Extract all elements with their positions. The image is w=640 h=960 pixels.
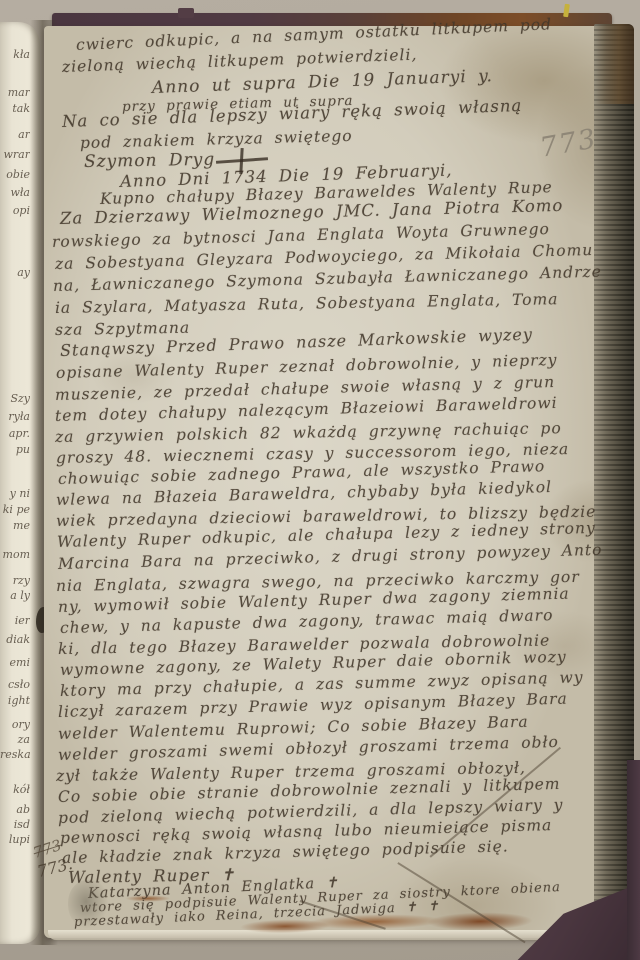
opposite-page-text-fragment: diak xyxy=(0,633,30,646)
opposite-page-text-fragment: apr. xyxy=(0,427,30,440)
manuscript-photo: cwierc odkupic, a na samym ostatku litku… xyxy=(0,0,640,960)
opposite-page-text-fragment: opi xyxy=(0,204,30,217)
signature-cross-icon xyxy=(216,148,268,174)
opposite-page-text-fragment: kół xyxy=(0,783,30,796)
opposite-page-text-fragment: obie xyxy=(0,168,30,181)
opposite-page-text-fragment: ier xyxy=(0,614,30,627)
opposite-page-text-fragment: isd xyxy=(0,818,30,831)
opposite-page-text-fragment: emi xyxy=(0,656,30,669)
opposite-page-text-fragment: za xyxy=(0,733,30,746)
opposite-page-text-fragment: ory xyxy=(0,718,30,731)
opposite-page-text-fragment: mom xyxy=(0,548,30,561)
opposite-page-text-fragment: pu xyxy=(0,443,30,456)
opposite-page-text-fragment: lupi xyxy=(0,833,30,846)
opposite-page-text-fragment: ryła xyxy=(0,410,30,423)
opposite-page-text-fragment: wła xyxy=(0,186,30,199)
opposite-page-text-fragment: mar xyxy=(0,86,30,99)
opposite-page-text-fragment: ab xyxy=(0,803,30,816)
opposite-page-text-fragment: me xyxy=(0,519,30,532)
opposite-page-text-fragment: tak xyxy=(0,102,30,115)
opposite-page-text-fragment: ar xyxy=(0,128,30,141)
opposite-page-text-fragment: ay xyxy=(0,266,30,279)
opposite-page-text-fragment: a ly xyxy=(0,589,30,602)
opposite-page-text-fragment: ight xyxy=(0,694,30,707)
opposite-page-text-fragment: rzy xyxy=(0,574,30,587)
opposite-page-text-fragment: y ni xyxy=(0,487,30,500)
opposite-page-text-fragment: kła xyxy=(0,48,30,61)
opposite-page-text-fragment: csło xyxy=(0,678,30,691)
opposite-page-text-fragment: Szy xyxy=(0,392,30,405)
opposite-page-text-fragment: ki pe xyxy=(0,503,30,516)
opposite-page-text-fragment: reska xyxy=(0,748,30,761)
opposite-page-text-fragment: wrar xyxy=(0,148,30,161)
